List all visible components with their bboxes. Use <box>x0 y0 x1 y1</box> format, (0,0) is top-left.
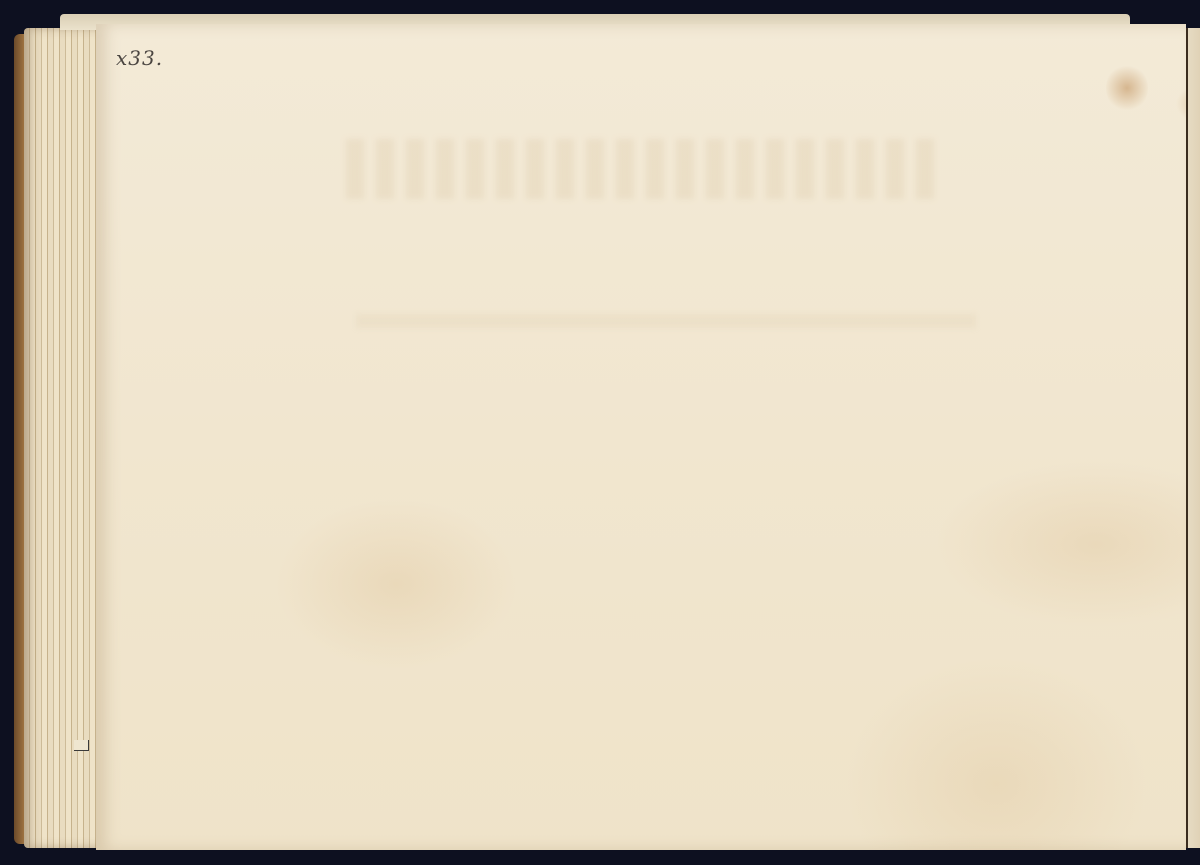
folio-number: x33. <box>116 46 163 70</box>
right-leaf-edge <box>1186 28 1200 848</box>
ink-mark <box>74 740 89 751</box>
scan-scene: x33. <box>0 0 1200 865</box>
book-page: x33. <box>96 24 1186 850</box>
bleed-through-line <box>356 314 976 328</box>
foxing-stain <box>1106 64 1148 112</box>
bleed-through-title <box>346 139 946 199</box>
